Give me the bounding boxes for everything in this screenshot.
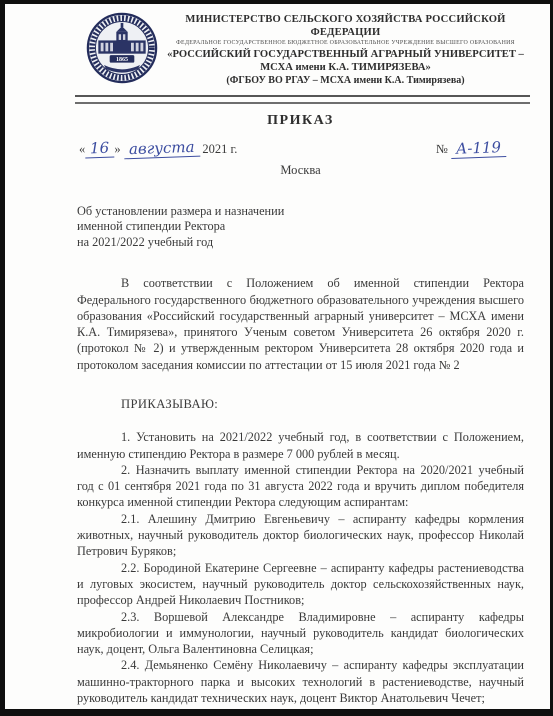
command-word: ПРИКАЗЫВАЮ: [77, 396, 524, 412]
date-year: 2021 г. [202, 142, 237, 156]
letterhead-text: МИНИСТЕРСТВО СЕЛЬСКОГО ХОЗЯЙСТВА РОССИЙС… [159, 10, 532, 88]
document-body: ПРИКАЗ «16» августа 2021 г. № А-119 Моск… [77, 113, 524, 706]
order-item-1: 1. Установить на 2021/2022 учебный год, … [77, 429, 524, 462]
order-items: 1. Установить на 2021/2022 учебный год, … [77, 429, 524, 706]
order-item-2-4: 2.4. Демьяненко Семёну Николаевичу – асп… [77, 657, 524, 706]
university-name-line2: МСХА имени К.А. ТИМИРЯЗЕВА» [159, 61, 532, 74]
ministry-name: МИНИСТЕРСТВО СЕЛЬСКОГО ХОЗЯЙСТВА РОССИЙС… [159, 13, 532, 39]
university-abbreviation: (ФГБОУ ВО РГАУ – МСХА имени К.А. Тимиряз… [159, 75, 532, 88]
institution-type: ФЕДЕРАЛЬНОЕ ГОСУДАРСТВЕННОЕ БЮДЖЕТНОЕ ОБ… [159, 40, 532, 47]
document-page: 1865 МИНИСТЕРСТВО СЕЛЬСКОГО ХОЗЯЙСТВА РО… [5, 10, 550, 715]
order-item-2-2: 2.2. Бородиной Екатерине Сергеевне – асп… [77, 560, 524, 609]
seal-year: 1865 [116, 57, 128, 63]
order-title: ПРИКАЗ [77, 113, 524, 129]
preamble-paragraph: В соответствии с Положением об именной с… [77, 275, 524, 373]
subject-line: Об установлении размера и назначении [77, 204, 524, 219]
university-name-line1: «РОССИЙСКИЙ ГОСУДАРСТВЕННЫЙ АГРАРНЫЙ УНИ… [159, 48, 532, 61]
header-divider [75, 95, 530, 104]
scanned-document: 1865 МИНИСТЕРСТВО СЕЛЬСКОГО ХОЗЯЙСТВА РО… [0, 0, 553, 716]
number-sign: № [436, 142, 448, 156]
subject-line: на 2021/2022 учебный год [77, 235, 524, 250]
date-number-row: «16» августа 2021 г. № А-119 [77, 139, 524, 158]
date-close-quote: » [114, 142, 120, 156]
handwritten-month: августа [123, 138, 199, 160]
order-number: № А-119 [436, 139, 506, 158]
university-seal: 1865 [85, 12, 159, 89]
order-subject: Об установлении размера и назначении име… [77, 204, 524, 250]
university-seal-icon: 1865 [85, 12, 159, 84]
order-city: Москва [77, 163, 524, 178]
order-item-2: 2. Назначить выплату именной стипендии Р… [77, 462, 524, 511]
handwritten-number: А-119 [451, 138, 507, 159]
order-item-2-3: 2.3. Воршевой Александре Владимировне – … [77, 609, 524, 658]
order-date: «16» августа 2021 г. [77, 139, 237, 158]
subject-line: именной стипендии Ректора [77, 219, 524, 234]
letterhead: 1865 МИНИСТЕРСТВО СЕЛЬСКОГО ХОЗЯЙСТВА РО… [85, 10, 532, 89]
handwritten-day: 16 [85, 138, 115, 158]
order-item-2-1: 2.1. Алешину Дмитрию Евгеньевичу – аспир… [77, 511, 524, 560]
